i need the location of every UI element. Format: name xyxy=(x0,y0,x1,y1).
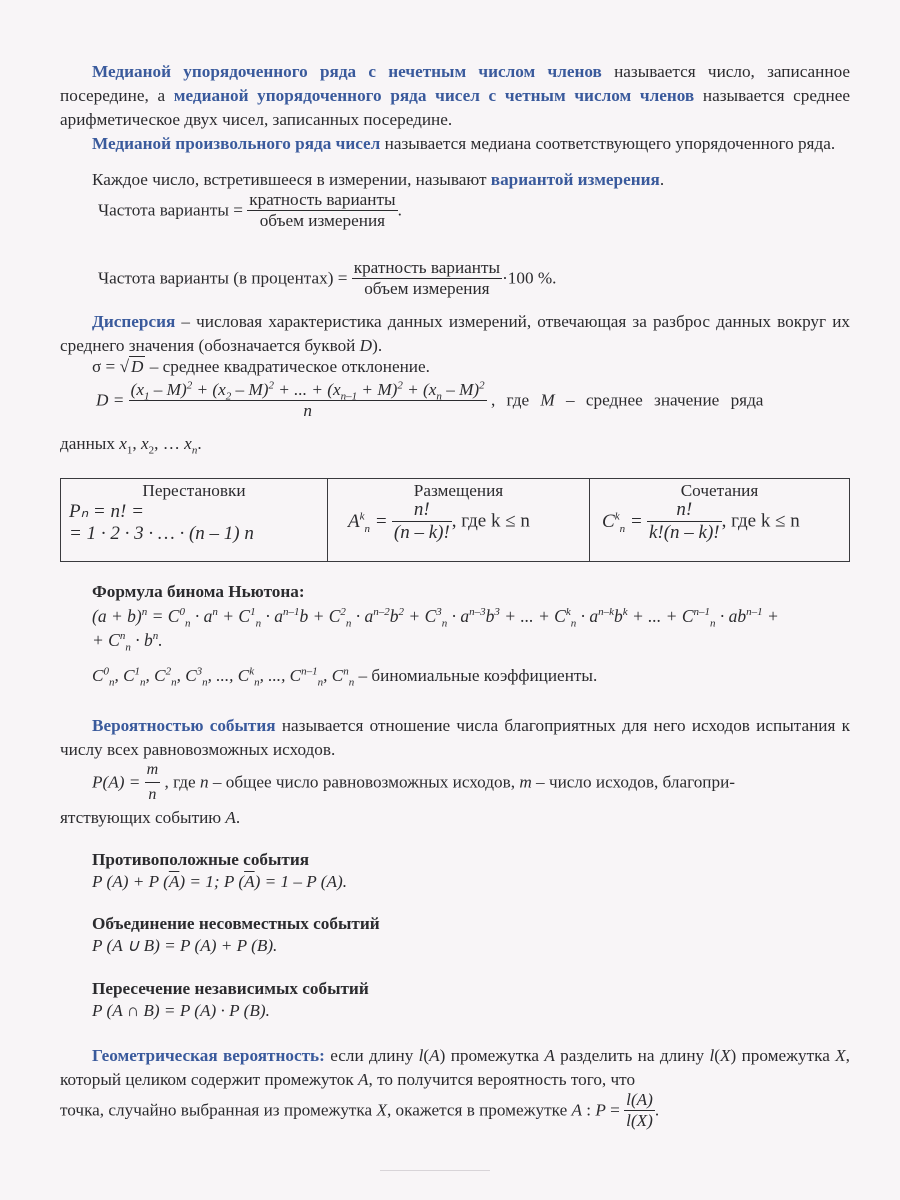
binomial-title: Формула бинома Ньютона: xyxy=(92,582,305,602)
variance-fraction: (x1 – M)2 + (x2 – M)2 + ... + (xn–1 + M)… xyxy=(129,380,487,421)
opposite-events-title: Противоположные события xyxy=(92,850,309,870)
variance-numerator: (x1 – M)2 + (x2 – M)2 + ... + (xn–1 + M)… xyxy=(129,380,487,401)
probability-explanation: , где n – общее число равновозможных исх… xyxy=(165,773,736,792)
opposite-events-formula: P (A) + P (A) = 1; P (A) = 1 – P (A). xyxy=(92,872,347,892)
probability-formula: P(A) = m n , где n – общее число равново… xyxy=(92,758,850,807)
geometric-paragraph: Геометрическая вероятность: если длину l… xyxy=(60,1044,850,1092)
frequency-percent-formula: Частота варианты (в процентах) = кратнос… xyxy=(98,258,556,299)
variance-tail: , где M – среднее значение ряда xyxy=(491,391,764,410)
probability-term: Вероятностью события xyxy=(92,716,276,735)
sigma-formula: σ = √D – среднее квадратическое отклонен… xyxy=(92,357,430,377)
intersection-events-formula: P (A ∩ B) = P (A) · P (B). xyxy=(92,1001,270,1021)
frequency-fraction: кратность варианты объем измерения xyxy=(247,190,397,231)
median-odd-term: Медианой упорядоченного ряда с нечетным … xyxy=(92,62,602,81)
binomial-coefficients: C0n, C1n, C2n, C3n, ..., Ckn, ..., Cn–1n… xyxy=(92,666,597,686)
arrangements-symbol: Akn = xyxy=(348,511,388,532)
frequency-formula: Частота варианты = кратность варианты об… xyxy=(98,190,402,231)
scan-artifact xyxy=(380,1170,490,1171)
variance-formula: D = (x1 – M)2 + (x2 – M)2 + ... + (xn–1 … xyxy=(96,380,850,421)
union-events-formula: P (A ∪ B) = P (A) + P (B). xyxy=(92,936,277,956)
arrangements-cell: Размещения Akn = n! (n – k)! , где k ≤ n xyxy=(328,479,590,562)
permutations-cell: Перестановки Pₙ = n! = = 1 · 2 · 3 · … ·… xyxy=(61,479,328,562)
sqrt-symbol: √ xyxy=(120,357,129,376)
combinations-symbol: Ckn = xyxy=(602,511,643,532)
variant-term: вариантой измерения xyxy=(491,170,660,189)
dispersion-term: Дисперсия xyxy=(92,312,175,331)
probability-paragraph: Вероятностью события называется отношени… xyxy=(60,714,850,762)
geometric-formula: точка, случайно выбранная из промежутка … xyxy=(60,1090,659,1131)
probability-explanation-end: ятствующих событию A. xyxy=(60,808,240,828)
union-events-title: Объединение несовместных событий xyxy=(92,914,380,934)
binomial-formula-line1: (a + b)n = C0n · an + C1n · an–1b + C2n … xyxy=(92,606,779,627)
median-paragraph: Медианой упорядоченного ряда с нечетным … xyxy=(60,60,850,132)
median-arbitrary-term: Медианой произвольного ряда чисел xyxy=(92,134,380,153)
variant-paragraph: Каждое число, встретившееся в измерении,… xyxy=(60,168,850,192)
median-even-term: медианой упорядоченного ряда чисел с чет… xyxy=(174,86,694,105)
variance-data-line: данных x1, x2, … xn. xyxy=(60,434,202,454)
dispersion-paragraph: Дисперсия – числовая характеристика данн… xyxy=(60,310,850,358)
intersection-events-title: Пересечение независимых событий xyxy=(92,979,369,999)
geometric-term: Геометрическая вероятность: xyxy=(92,1046,325,1065)
median-arbitrary-paragraph: Медианой произвольного ряда чисел называ… xyxy=(60,132,850,156)
frequency-percent-fraction: кратность варианты объем измерения xyxy=(352,258,502,299)
combinations-cell: Сочетания Ckn = n! k!(n – k)! , где k ≤ … xyxy=(590,479,850,562)
binomial-formula-line2: + Cnn · bn. xyxy=(92,630,163,651)
combinatorics-table: Перестановки Pₙ = n! = = 1 · 2 · 3 · … ·… xyxy=(60,478,850,562)
